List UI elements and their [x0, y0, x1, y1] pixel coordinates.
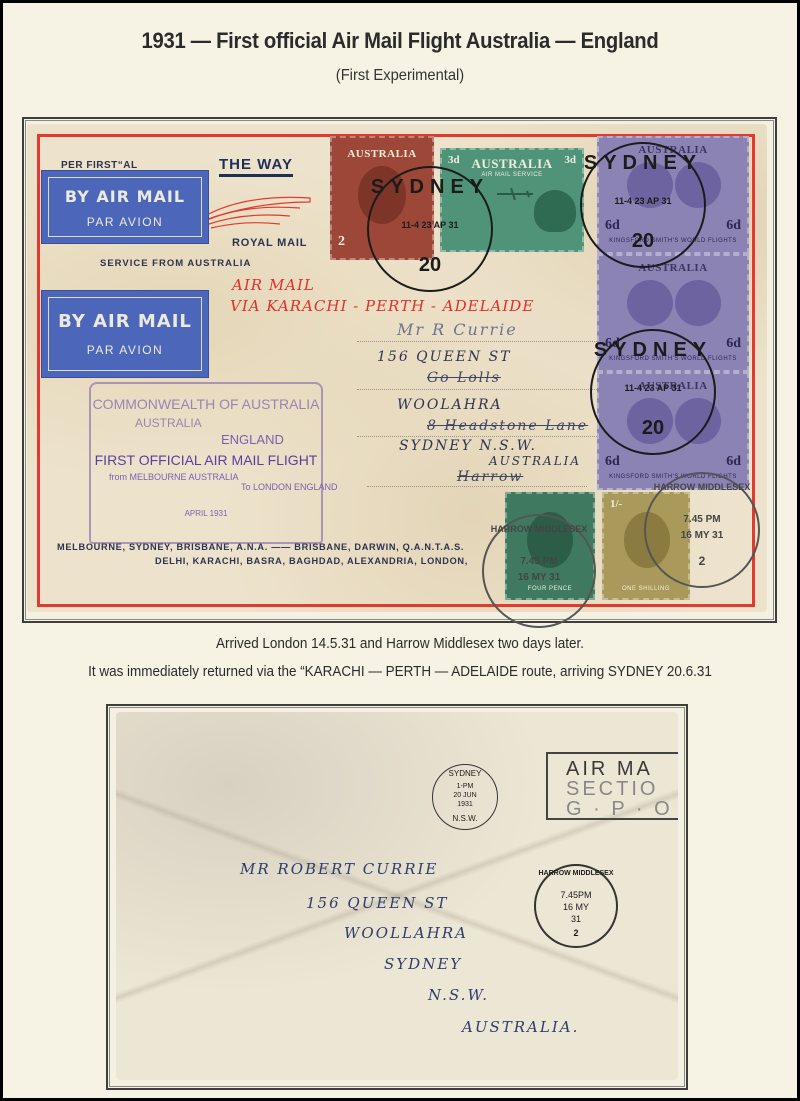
- manuscript-route: VIA KARACHI - PERTH - ADELAIDE: [230, 297, 534, 315]
- postmark-sydney: SYDNEY 11-4 23 AP 31 20: [367, 166, 493, 292]
- printed-route-line: MELBOURNE, SYDNEY, BRISBANE, A.N.A. —— B…: [57, 542, 464, 552]
- back-address-line: AUSTRALIA.: [462, 1018, 579, 1036]
- back-address-line: MR ROBERT CURRIE: [240, 860, 438, 878]
- printed-route-line: DELHI, KARACHI, BASRA, BAGHDAD, ALEXANDR…: [155, 556, 468, 566]
- back-cover: SYDNEY 1-PM 20 JUN 1931 N.S.W. AIR MA SE…: [116, 712, 678, 1080]
- air-mail-label: BY AIR MAIL PAR AVION: [41, 170, 209, 244]
- postmark-sydney: SYDNEY 11-4 23 AP 31 20: [580, 142, 706, 268]
- first-flight-cachet: COMMONWEALTH OF AUSTRALIA AUSTRALIA ENGL…: [89, 382, 323, 544]
- address-street: 156 QUEEN ST: [377, 349, 512, 365]
- postmark-sydney-arrival: SYDNEY 1-PM 20 JUN 1931 N.S.W.: [432, 764, 498, 830]
- printed-service: SERVICE FROM AUSTRALIA: [100, 258, 251, 269]
- caption-line: It was immediately returned via the “KAR…: [28, 664, 772, 680]
- address-suburb: WOOLAHRA: [397, 397, 503, 413]
- postmark-harrow: HARROW MIDDLESEX 7.45 PM 16 MY 31 2: [644, 472, 760, 588]
- page-title: 1931 — First official Air Mail Flight Au…: [32, 28, 768, 54]
- wing-icon: [205, 186, 315, 236]
- address-name: Mr R Currie: [397, 320, 518, 339]
- manuscript-air-mail: AIR MAIL: [232, 276, 315, 294]
- printed-the-way: THE WAY: [219, 156, 293, 177]
- caption-line: Arrived London 14.5.31 and Harrow Middle…: [28, 636, 772, 652]
- address-line: [357, 389, 597, 390]
- postmark-sydney: SYDNEY 11-4 23 AP 31 20: [590, 329, 716, 455]
- address-line: [357, 341, 597, 342]
- postmark-harrow-back: HARROW MIDDLESEX 7.45PM 16 MY 31 2: [534, 864, 618, 948]
- postmark-harrow: HARROW MIDDLESEX 7.45 PM 16 MY 31: [482, 514, 596, 628]
- air-mail-section-gpo-cachet: AIR MA SECTIO G · P · O: [546, 752, 678, 820]
- back-address-line: N.S.W.: [428, 986, 489, 1004]
- airplane-icon: [497, 188, 533, 200]
- back-address-line: 156 QUEEN ST: [306, 894, 448, 912]
- address-struck: 8 Headstone Lane: [427, 418, 588, 434]
- address-struck: Go Lolls: [427, 370, 501, 386]
- front-cover: PER FIRST“AL THE WAY ROYAL MAIL SERVICE …: [27, 124, 767, 612]
- printed-royal-mail: ROYAL MAIL: [232, 237, 307, 249]
- back-address-line: SYDNEY: [384, 955, 462, 973]
- air-mail-label: BY AIR MAIL PAR AVION: [41, 290, 209, 378]
- address-country: AUSTRALIA: [489, 454, 581, 468]
- page-subtitle: (First Experimental): [32, 67, 768, 85]
- back-address-line: WOOLLAHRA: [344, 924, 468, 942]
